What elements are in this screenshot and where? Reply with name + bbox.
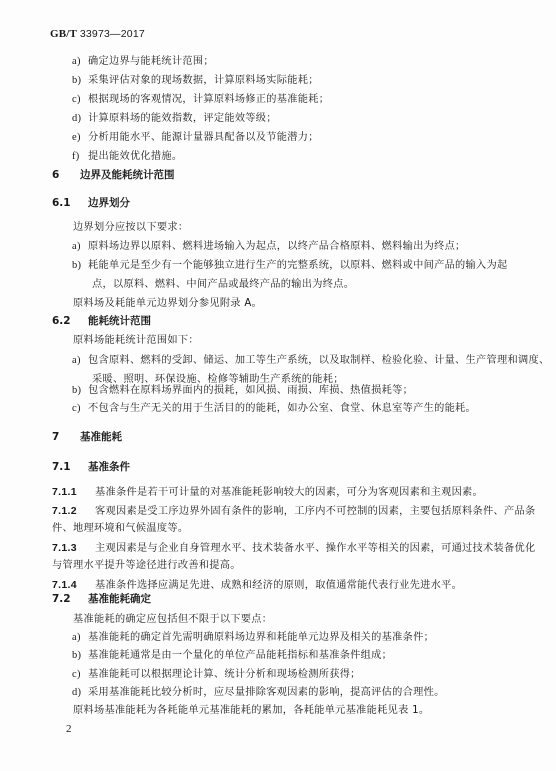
list-text: 包含燃料在原料场界面内的损耗，如风损、雨损、库损、热值损耗等； bbox=[88, 385, 413, 396]
list-item: b)基准能耗通常是由一个量化的单位产品能耗指标和基准条件组成； bbox=[72, 649, 392, 663]
clause-text: 基准条件是若干可计量的对基准能耗影响较大的因素，可分为客观因素和主观因素。 bbox=[95, 487, 483, 498]
list-item: b)耗能单元是至少有一个能够独立进行生产的完整系统，以原料、燃料或中间产品的输入… bbox=[72, 259, 508, 273]
list-label: a) bbox=[72, 354, 88, 368]
section-title: 基准能耗 bbox=[80, 431, 122, 443]
section-number: 7.1 bbox=[52, 460, 88, 474]
list-label: b) bbox=[72, 74, 88, 88]
intro-list-item: a)确定边界与能耗统计范围； bbox=[72, 55, 214, 69]
list-label: a) bbox=[72, 240, 88, 254]
list-text: 基准能耗的确定首先需明确原料场边界和耗能单元边界及相关的基准条件； bbox=[88, 632, 434, 643]
list-text: 基准能耗可以根据理论计算、统计分析和现场检测所获得； bbox=[88, 669, 361, 680]
list-text: 包含原料、燃料的受卸、储运、加工等生产系统，以及取制样、检验化验、计量、生产管理… bbox=[88, 355, 549, 366]
list-text: 基准能耗通常是由一个量化的单位产品能耗指标和基准条件组成； bbox=[88, 650, 392, 661]
list-text: 根据现场的客观情况，计算原料场修正的基准能耗； bbox=[88, 94, 329, 105]
clause-number: 7.1.4 bbox=[52, 578, 95, 592]
list-text: 计算原料场的能效指数，评定能效等级； bbox=[88, 113, 277, 124]
section-heading-7-2: 7.2基准能耗确定 bbox=[52, 592, 151, 606]
section-title: 基准能耗确定 bbox=[88, 593, 151, 605]
clause-text-continuation: 与管理水平提升等途径进行改善和提高。 bbox=[52, 559, 241, 573]
clause-text: 主观因素是与企业自身管理水平、技术装备水平、操作水平等相关的因素，可通过技术装备… bbox=[95, 543, 535, 554]
clause-text-continuation: 件、地理环境和气候温度等。 bbox=[52, 522, 188, 536]
clause-7-1-2: 7.1.2客观因素是受工序边界外固有条件的影响，工序内不可控制的因素，主要包括原… bbox=[52, 504, 535, 519]
list-label: e) bbox=[72, 131, 88, 145]
body-text: 基准能耗的确定应包括但不限于以下要点： bbox=[73, 613, 272, 627]
list-text: 原料场边界以原料、燃料进场输入为起点，以终产品合格原料、燃料输出为终点； bbox=[88, 241, 466, 252]
clause-7-1-4: 7.1.4基准条件选择应满足先进、成熟和经济的原则，取值通常能代表行业先进水平。 bbox=[52, 578, 462, 593]
standard-prefix: GB/T bbox=[50, 28, 77, 40]
section-number: 7 bbox=[52, 430, 80, 444]
list-item: a)包含原料、燃料的受卸、储运、加工等生产系统，以及取制样、检验化验、计量、生产… bbox=[72, 354, 549, 368]
section-title: 边界划分 bbox=[88, 197, 130, 209]
clause-number: 7.1.1 bbox=[52, 485, 95, 499]
intro-list-item: d)计算原料场的能效指数，评定能效等级； bbox=[72, 112, 277, 126]
section-heading-7: 7基准能耗 bbox=[52, 430, 122, 444]
standard-header: GB/T 33973—2017 bbox=[50, 28, 145, 40]
clause-number: 7.1.3 bbox=[52, 541, 95, 555]
clause-text: 客观因素是受工序边界外固有条件的影响，工序内不可控制的因素，主要包括原料条件、产… bbox=[95, 506, 535, 517]
list-label: d) bbox=[72, 686, 88, 700]
section-heading-6: 6边界及能耗统计范围 bbox=[52, 168, 175, 182]
section-number: 6.1 bbox=[52, 196, 88, 210]
list-text: 提出能效优化措施。 bbox=[88, 151, 182, 162]
clause-text: 基准条件选择应满足先进、成熟和经济的原则，取值通常能代表行业先进水平。 bbox=[95, 580, 462, 591]
section-title: 基准条件 bbox=[88, 461, 130, 473]
list-text: 确定边界与能耗统计范围； bbox=[88, 56, 214, 67]
list-text: 分析用能水平、能源计量器具配备以及节能潜力； bbox=[88, 132, 319, 143]
list-text-continuation: 点，以原料、燃料、中间产品或最终产品的输出为终点。 bbox=[92, 278, 354, 292]
list-item: c)基准能耗可以根据理论计算、统计分析和现场检测所获得； bbox=[72, 668, 361, 682]
list-label: a) bbox=[72, 631, 88, 645]
list-label: a) bbox=[72, 55, 88, 69]
clause-7-1-3: 7.1.3主观因素是与企业自身管理水平、技术装备水平、操作水平等相关的因素，可通… bbox=[52, 541, 535, 556]
list-label: c) bbox=[72, 93, 88, 107]
section-heading-7-1: 7.1基准条件 bbox=[52, 460, 130, 474]
list-text: 不包含与生产无关的用于生活目的的能耗，如办公室、食堂、休息室等产生的能耗。 bbox=[88, 403, 476, 414]
section-number: 6.2 bbox=[52, 314, 88, 328]
body-text: 原料场基准能耗为各耗能单元基准能耗的累加，各耗能单元基准能耗见表 1。 bbox=[73, 704, 429, 718]
list-label: d) bbox=[72, 112, 88, 126]
clause-7-1-1: 7.1.1基准条件是若干可计量的对基准能耗影响较大的因素，可分为客观因素和主观因… bbox=[52, 485, 483, 500]
section-title: 能耗统计范围 bbox=[88, 315, 151, 327]
body-text: 边界划分应按以下要求： bbox=[73, 221, 188, 235]
list-label: c) bbox=[72, 402, 88, 416]
list-label: b) bbox=[72, 259, 88, 273]
page-number: 2 bbox=[66, 723, 72, 735]
standard-number: 33973—2017 bbox=[80, 28, 145, 40]
intro-list-item: c)根据现场的客观情况，计算原料场修正的基准能耗； bbox=[72, 93, 329, 107]
body-text: 原料场能耗统计范围如下： bbox=[73, 334, 199, 348]
list-item: a)原料场边界以原料、燃料进场输入为起点，以终产品合格原料、燃料输出为终点； bbox=[72, 240, 466, 254]
list-item: b)包含燃料在原料场界面内的损耗，如风损、雨损、库损、热值损耗等； bbox=[72, 384, 413, 398]
list-text: 采集评估对象的现场数据，计算原料场实际能耗； bbox=[88, 75, 319, 86]
list-text: 采用基准能耗比较分析时，应尽量排除客观因素的影响，提高评估的合理性。 bbox=[88, 687, 445, 698]
intro-list-item: e)分析用能水平、能源计量器具配备以及节能潜力； bbox=[72, 131, 319, 145]
list-item: a)基准能耗的确定首先需明确原料场边界和耗能单元边界及相关的基准条件； bbox=[72, 631, 434, 645]
intro-list-item: f)提出能效优化措施。 bbox=[72, 150, 182, 164]
intro-list-item: b)采集评估对象的现场数据，计算原料场实际能耗； bbox=[72, 74, 319, 88]
section-heading-6-2: 6.2能耗统计范围 bbox=[52, 314, 151, 328]
list-item: d)采用基准能耗比较分析时，应尽量排除客观因素的影响，提高评估的合理性。 bbox=[72, 686, 445, 700]
list-label: b) bbox=[72, 649, 88, 663]
section-title: 边界及能耗统计范围 bbox=[80, 169, 175, 181]
section-number: 7.2 bbox=[52, 592, 88, 606]
clause-number: 7.1.2 bbox=[52, 504, 95, 518]
section-heading-6-1: 6.1边界划分 bbox=[52, 196, 130, 210]
list-label: b) bbox=[72, 384, 88, 398]
section-number: 6 bbox=[52, 168, 80, 182]
list-label: c) bbox=[72, 668, 88, 682]
body-text: 原料场及耗能单元边界划分参见附录 A。 bbox=[73, 297, 262, 311]
list-text: 耗能单元是至少有一个能够独立进行生产的完整系统，以原料、燃料或中间产品的输入为起 bbox=[88, 260, 508, 271]
list-label: f) bbox=[72, 150, 88, 164]
list-item: c)不包含与生产无关的用于生活目的的能耗，如办公室、食堂、休息室等产生的能耗。 bbox=[72, 402, 476, 416]
